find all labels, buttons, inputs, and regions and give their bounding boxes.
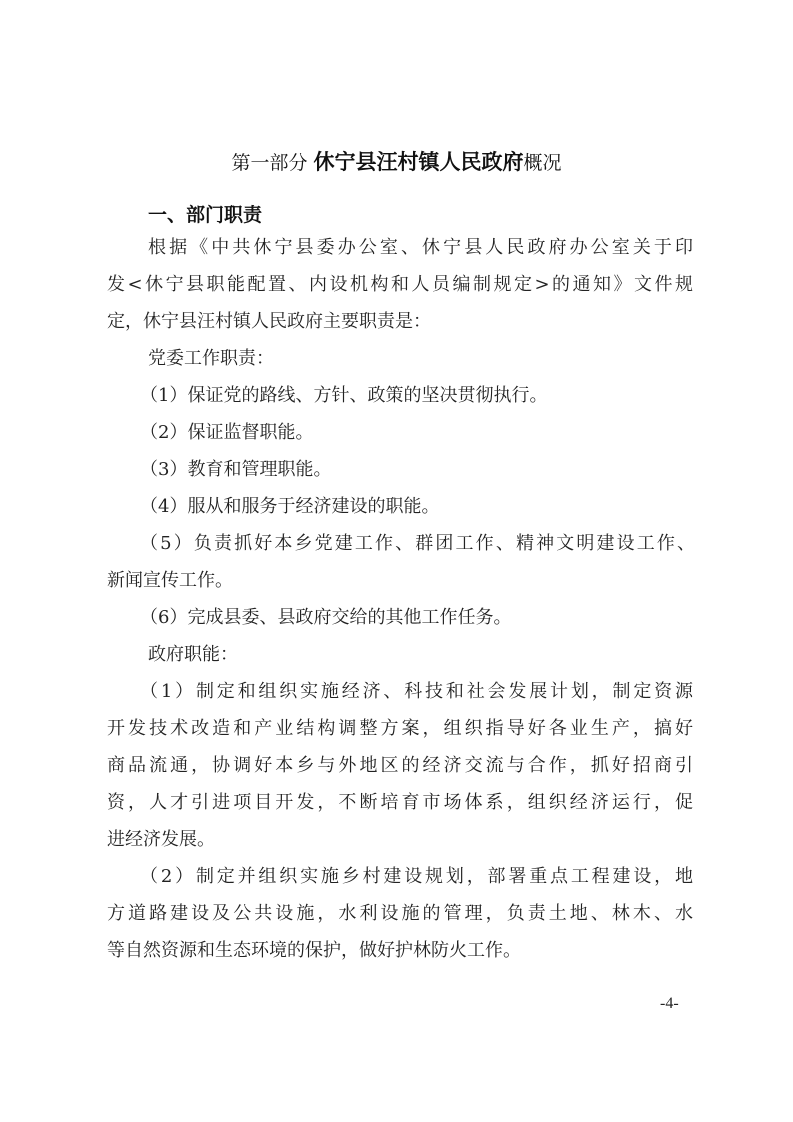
list-item-continuation: 等自然资源和生态环境的保护，做好护林防火工作。 bbox=[107, 940, 693, 962]
list-item: （2）保证监督职能。 bbox=[140, 422, 726, 444]
list-item: （3）教育和管理职能。 bbox=[140, 459, 726, 481]
list-item: （6）完成县委、县政府交给的其他工作任务。 bbox=[140, 607, 726, 629]
list-item-continuation: 开发技术改造和产业结构调整方案，组织指导好各业生产，搞好 bbox=[107, 718, 693, 740]
paragraph-line: 发<休宁县职能配置、内设机构和人员编制规定>的通知》文件规 bbox=[107, 274, 693, 296]
list-item: （4）服从和服务于经济建设的职能。 bbox=[140, 496, 726, 518]
list-item-continuation: 进经济发展。 bbox=[107, 829, 693, 851]
list-item-continuation: 方道路建设及公共设施，水利设施的管理，负责土地、林木、水 bbox=[107, 903, 693, 925]
paragraph-line: 根据《中共休宁县委办公室、休宁县人民政府办公室关于印 bbox=[148, 237, 693, 259]
list-item: （5）负责抓好本乡党建工作、群团工作、精神文明建设工作、 bbox=[140, 533, 695, 555]
document-page: 第一部分 休宁县汪村镇人民政府概况 一、部门职责 根据《中共休宁县委办公室、休宁… bbox=[0, 0, 793, 1122]
section-heading: 一、部门职责 bbox=[148, 200, 262, 227]
list-item-continuation: 商品流通，协调好本乡与外地区的经济交流与合作，抓好招商引 bbox=[107, 755, 693, 777]
subheading-government-functions: 政府职能： bbox=[148, 644, 693, 666]
list-item-continuation: 资，人才引进项目开发，不断培育市场体系，组织经济运行，促 bbox=[107, 792, 693, 814]
title-prefix: 第一部分 bbox=[231, 152, 313, 174]
title-main: 休宁县汪村镇人民政府 bbox=[314, 150, 524, 174]
list-item: （1）制定和组织实施经济、科技和社会发展计划，制定资源 bbox=[140, 681, 693, 703]
paragraph-line: 定，休宁县汪村镇人民政府主要职责是： bbox=[107, 311, 693, 333]
page-title: 第一部分 休宁县汪村镇人民政府概况 bbox=[0, 146, 793, 176]
title-suffix: 概况 bbox=[524, 152, 562, 174]
page-number: -4- bbox=[660, 995, 679, 1013]
list-item: （2）制定并组织实施乡村建设规划，部署重点工程建设，地 bbox=[140, 866, 693, 888]
subheading-party-duties: 党委工作职责： bbox=[148, 348, 693, 370]
list-item: （1）保证党的路线、方针、政策的坚决贯彻执行。 bbox=[140, 385, 726, 407]
list-item-continuation: 新闻宣传工作。 bbox=[107, 570, 693, 592]
